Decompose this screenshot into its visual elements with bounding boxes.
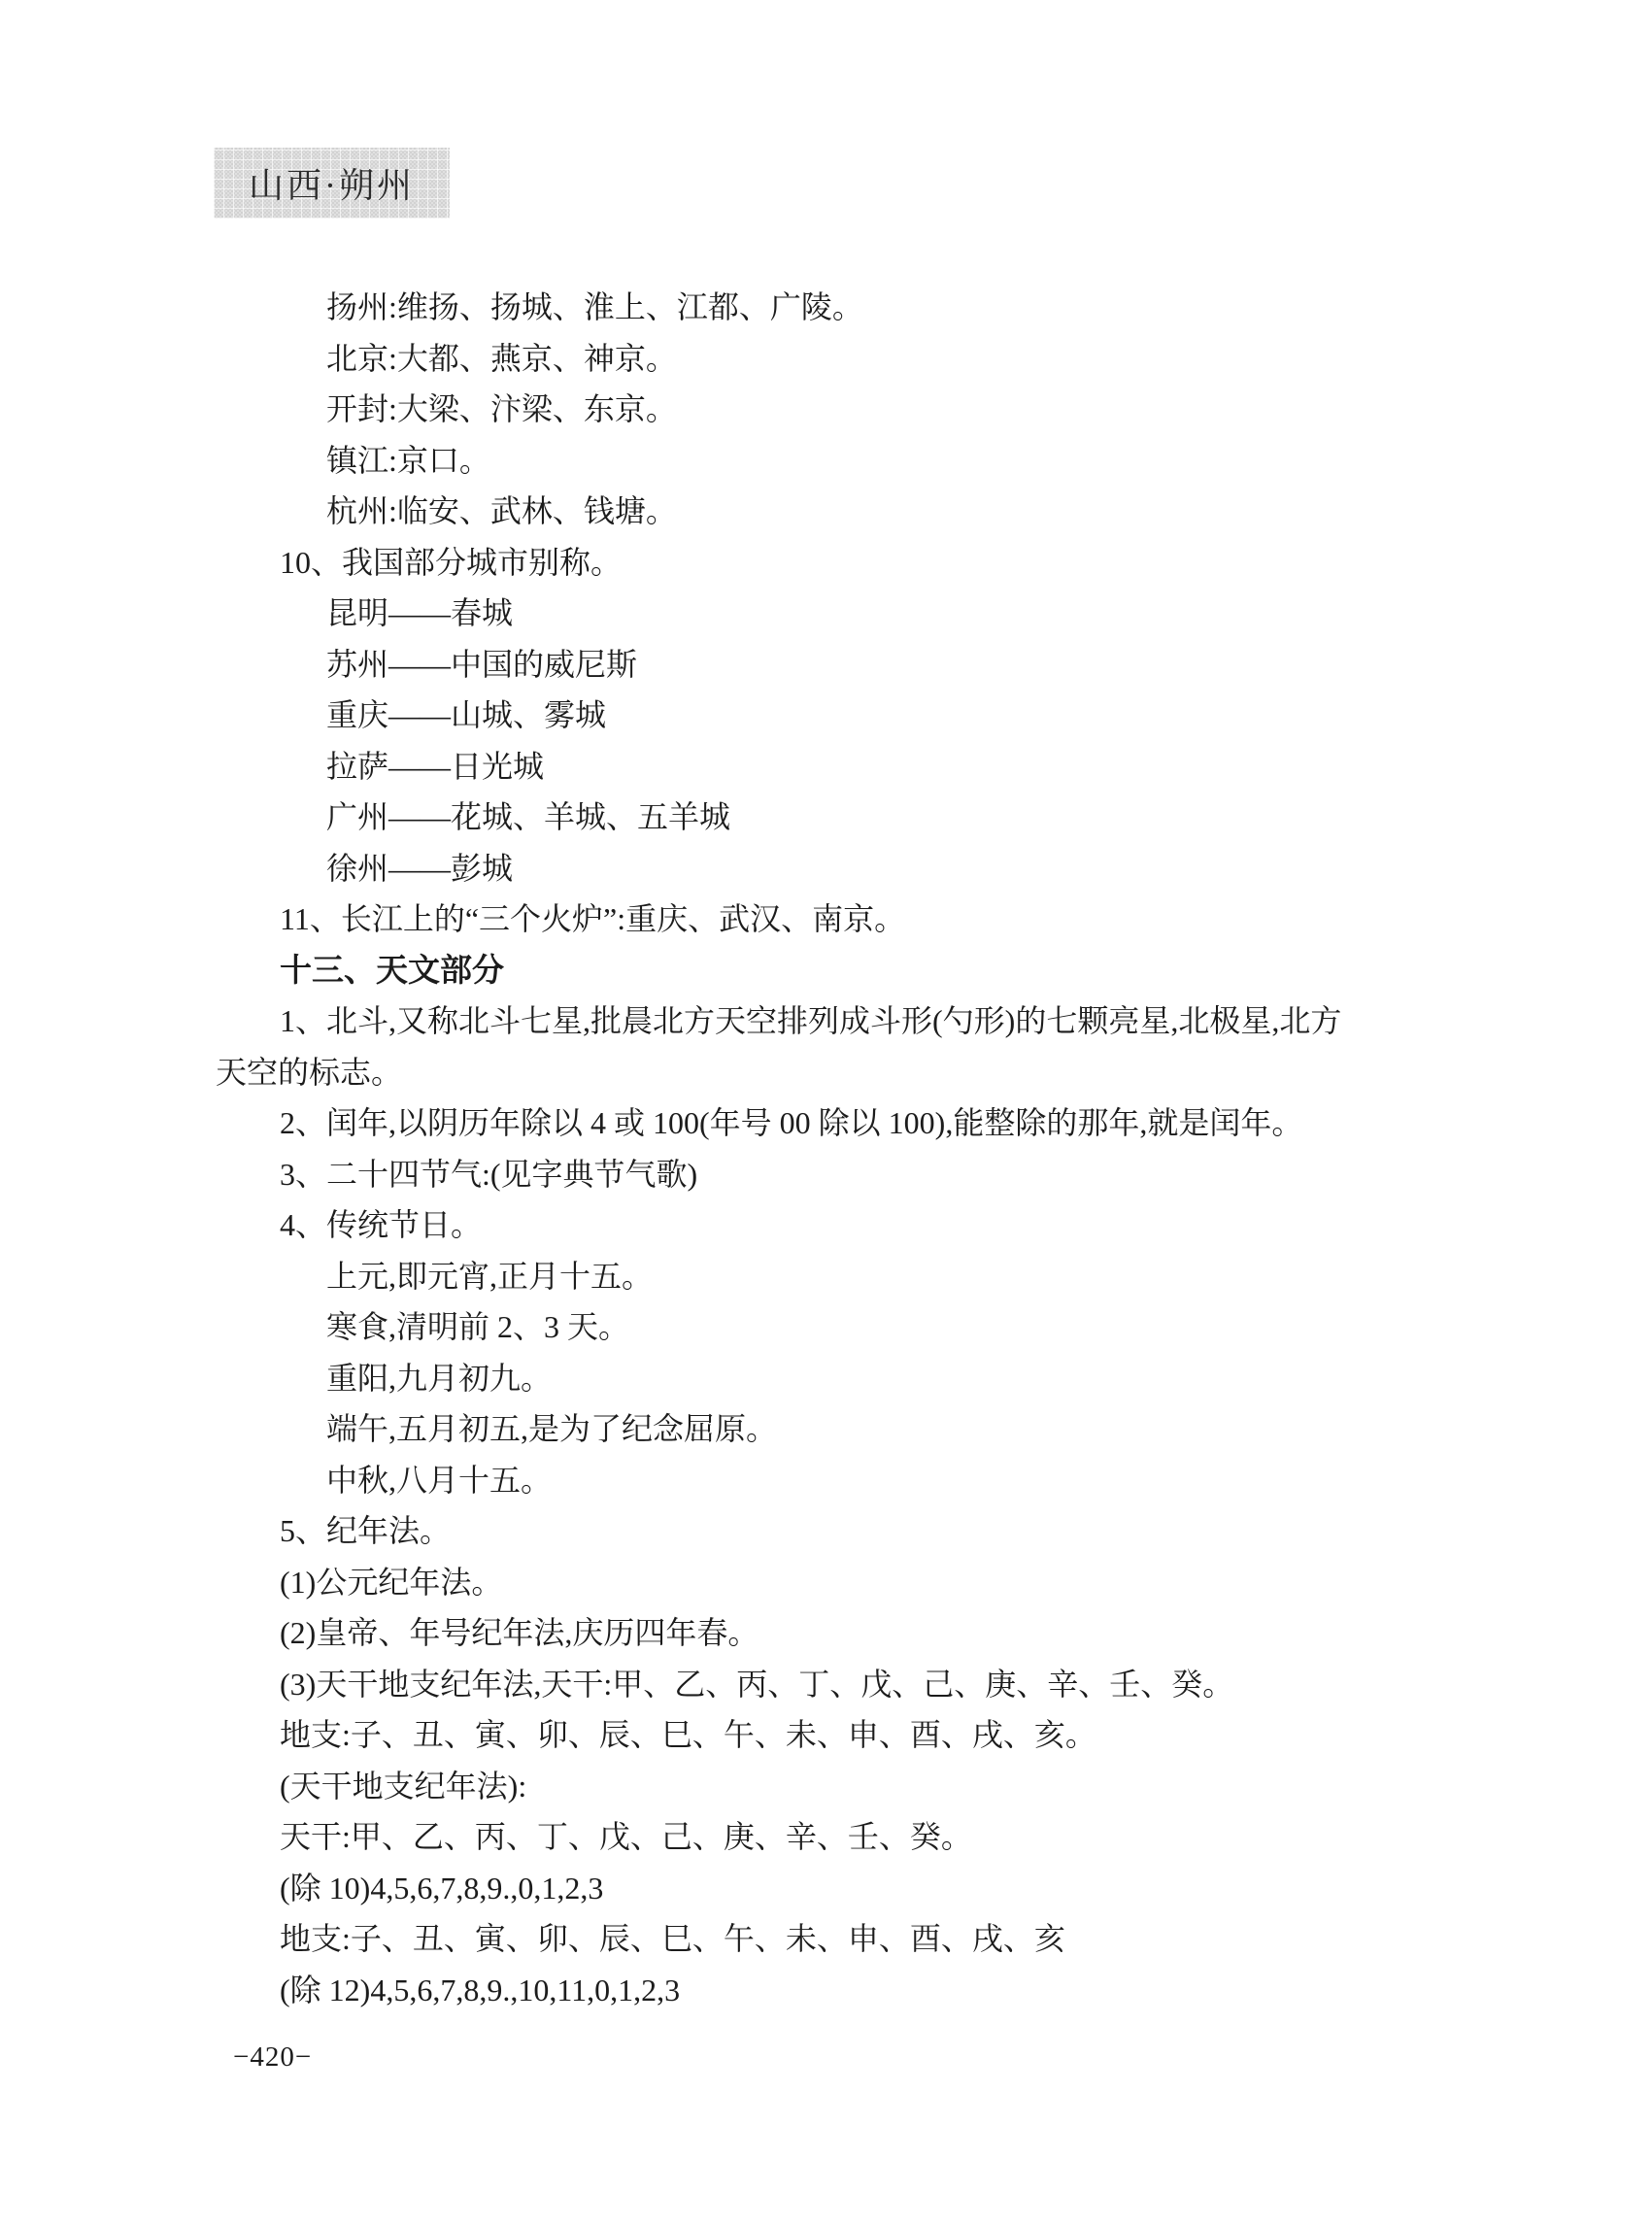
text-line: 2、闰年,以阴历年除以 4 或 100(年号 00 除以 100),能整除的那年… [216, 1097, 1507, 1149]
text-line: 北京:大都、燕京、神京。 [216, 333, 1507, 385]
page-number: −420− [233, 2041, 312, 2074]
text-line: 扬州:维扬、扬城、淮上、江都、广陵。 [216, 282, 1507, 333]
text-line: 开封:大梁、汴梁、东京。 [216, 384, 1507, 435]
text-line: (1)公元纪年法。 [216, 1557, 1507, 1608]
text-line: 寒食,清明前 2、3 天。 [216, 1301, 1507, 1353]
text-line: 10、我国部分城市别称。 [216, 537, 1507, 589]
region-label: 山西·朔州 [249, 158, 415, 208]
document-body: 扬州:维扬、扬城、淮上、江都、广陵。北京:大都、燕京、神京。开封:大梁、汴梁、东… [216, 282, 1507, 2015]
text-line: (2)皇帝、年号纪年法,庆历四年春。 [216, 1607, 1507, 1659]
text-line: 徐州——彭城 [216, 843, 1507, 894]
section-heading: 十三、天文部分 [216, 945, 1507, 996]
text-line: 镇江:京口。 [216, 435, 1507, 487]
text-line: 广州——花城、羊城、五羊城 [216, 792, 1507, 843]
region-label-box: 山西·朔州 [214, 148, 450, 219]
text-line: 3、二十四节气:(见字典节气歌) [216, 1149, 1507, 1200]
text-line: 端午,五月初五,是为了纪念屈原。 [216, 1403, 1507, 1455]
text-line: 1、北斗,又称北斗七星,批晨北方天空排列成斗形(勺形)的七颗亮星,北极星,北方 [216, 995, 1507, 1047]
text-line: 杭州:临安、武林、钱塘。 [216, 486, 1507, 537]
text-line: 上元,即元宵,正月十五。 [216, 1251, 1507, 1302]
text-line: 地支:子、丑、寅、卯、辰、巳、午、未、申、酉、戌、亥 [216, 1913, 1507, 1965]
text-line: 5、纪年法。 [216, 1505, 1507, 1557]
text-line: (除 10)4,5,6,7,8,9.,0,1,2,3 [216, 1863, 1507, 1914]
text-line: 地支:子、丑、寅、卯、辰、巳、午、未、申、酉、戌、亥。 [216, 1709, 1507, 1761]
text-line: (3)天干地支纪年法,天干:甲、乙、丙、丁、戊、己、庚、辛、壬、癸。 [216, 1659, 1507, 1710]
text-line: 中秋,八月十五。 [216, 1455, 1507, 1506]
text-line: 重阳,九月初九。 [216, 1353, 1507, 1404]
text-line: 4、传统节日。 [216, 1199, 1507, 1251]
text-line: 苏州——中国的威尼斯 [216, 639, 1507, 691]
text-line: (除 12)4,5,6,7,8,9.,10,11,0,1,2,3 [216, 1965, 1507, 2016]
text-line: 重庆——山城、雾城 [216, 690, 1507, 741]
text-line: (天干地支纪年法): [216, 1761, 1507, 1812]
text-line: 11、长江上的“三个火炉”:重庆、武汉、南京。 [216, 894, 1507, 945]
text-line: 昆明——春城 [216, 588, 1507, 639]
text-line: 天干:甲、乙、丙、丁、戊、己、庚、辛、壬、癸。 [216, 1811, 1507, 1863]
book-page: 山西·朔州 扬州:维扬、扬城、淮上、江都、广陵。北京:大都、燕京、神京。开封:大… [0, 0, 1652, 2226]
text-line: 天空的标志。 [216, 1047, 1507, 1098]
text-line: 拉萨——日光城 [216, 741, 1507, 793]
